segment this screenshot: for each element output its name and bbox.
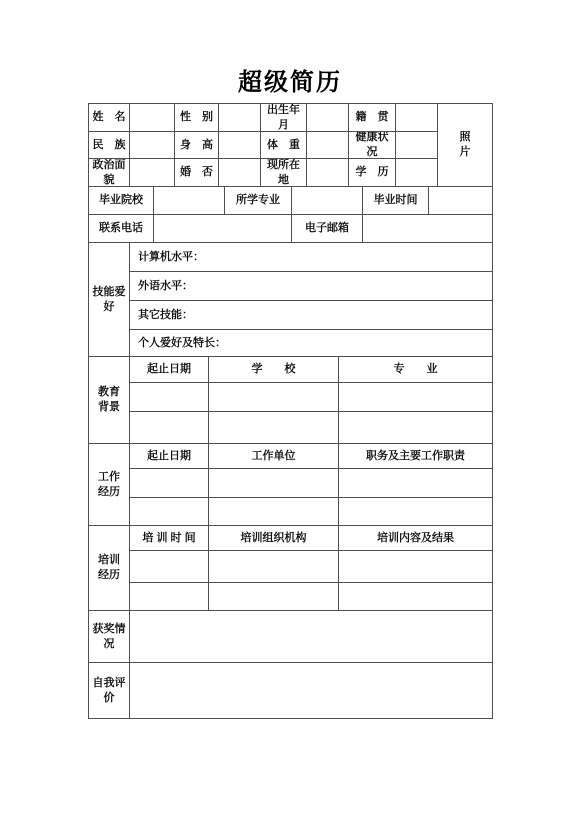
current-location-value-cell[interactable] (307, 159, 349, 187)
current-location-label: 现所在 地 (261, 159, 307, 187)
awards-content-cell[interactable] (130, 611, 493, 663)
training-section-label: 培训 经历 (89, 526, 130, 611)
work-section: 工作 经历 起止日期 工作单位 职务及主要工作职责 (89, 444, 493, 526)
work-row1-duties-cell[interactable] (339, 469, 493, 498)
resume-page: 超级简历 照 片 姓 名 性 别 出生年 月 籍 贯 民 族 身 高 体 重 健… (0, 0, 580, 820)
work-row1-employer-cell[interactable] (209, 469, 339, 498)
skills-section-label: 技能爱 好 (89, 243, 130, 357)
edu-row1-school-cell[interactable] (209, 383, 339, 412)
training-row1-time-cell[interactable] (130, 551, 209, 583)
resume-table: 照 片 姓 名 性 别 出生年 月 籍 贯 民 族 身 高 体 重 健康状 况 … (88, 103, 493, 719)
training-section: 培训 经历 培 训 时 间 培训组织机构 培训内容及结果 (89, 526, 493, 611)
native-place-value-cell[interactable] (396, 104, 438, 132)
training-content-header: 培训内容及结果 (339, 526, 493, 551)
self-evaluation-content-cell[interactable] (130, 663, 493, 719)
graduation-time-label: 毕业时间 (363, 187, 429, 215)
education-section-label: 教育 背景 (89, 357, 130, 444)
health-label: 健康状 况 (349, 132, 396, 159)
edu-row1-major-cell[interactable] (339, 383, 493, 412)
work-row2-duties-cell[interactable] (339, 498, 493, 526)
work-row1-date-cell[interactable] (130, 469, 209, 498)
political-status-label: 政治面 貌 (89, 159, 130, 187)
health-value-cell[interactable] (396, 132, 438, 159)
name-label: 姓 名 (89, 104, 130, 132)
work-duties-header: 职务及主要工作职责 (339, 444, 493, 469)
birth-date-value-cell[interactable] (307, 104, 349, 132)
computer-skill-cell[interactable]: 计算机水平： (130, 243, 493, 272)
edu-major-header: 专 业 (339, 357, 493, 383)
email-label: 电子邮箱 (292, 215, 363, 243)
email-value-cell[interactable] (363, 215, 493, 243)
self-evaluation-section: 自我评 价 (89, 663, 493, 719)
other-skills-cell[interactable]: 其它技能： (130, 301, 493, 330)
work-row2-date-cell[interactable] (130, 498, 209, 526)
ethnicity-value-cell[interactable] (130, 132, 175, 159)
marital-status-label: 婚 否 (175, 159, 219, 187)
personal-info-section: 照 片 姓 名 性 别 出生年 月 籍 贯 民 族 身 高 体 重 健康状 况 … (89, 104, 493, 187)
political-status-value-cell[interactable] (130, 159, 175, 187)
major-studied-value-cell[interactable] (292, 187, 363, 215)
training-row1-content-cell[interactable] (339, 551, 493, 583)
phone-value-cell[interactable] (154, 215, 292, 243)
contact-row: 联系电话 电子邮箱 (89, 215, 493, 243)
birth-date-label: 出生年 月 (261, 104, 307, 132)
work-row2-employer-cell[interactable] (209, 498, 339, 526)
ethnicity-label: 民 族 (89, 132, 130, 159)
graduate-school-label: 毕业院校 (89, 187, 154, 215)
document-title: 超级简历 (0, 62, 580, 97)
weight-value-cell[interactable] (307, 132, 349, 159)
foreign-language-skill-cell[interactable]: 外语水平： (130, 272, 493, 301)
name-value-cell[interactable] (130, 104, 175, 132)
skills-section: 技能爱 好 计算机水平： 外语水平： 其它技能： 个人爱好及特长： (89, 243, 493, 357)
training-row2-organization-cell[interactable] (209, 583, 339, 611)
training-time-header: 培 训 时 间 (130, 526, 209, 551)
gender-label: 性 别 (175, 104, 219, 132)
training-row1-organization-cell[interactable] (209, 551, 339, 583)
work-section-label: 工作 经历 (89, 444, 130, 526)
training-row2-time-cell[interactable] (130, 583, 209, 611)
work-employer-header: 工作单位 (209, 444, 339, 469)
marital-status-value-cell[interactable] (219, 159, 261, 187)
native-place-label: 籍 贯 (349, 104, 396, 132)
edu-row2-date-cell[interactable] (130, 412, 209, 444)
edu-date-header: 起止日期 (130, 357, 209, 383)
major-studied-label: 所学专业 (225, 187, 292, 215)
work-date-header: 起止日期 (130, 444, 209, 469)
hobbies-cell[interactable]: 个人爱好及特长： (130, 330, 493, 357)
graduate-school-value-cell[interactable] (154, 187, 225, 215)
height-label: 身 高 (175, 132, 219, 159)
education-section: 教育 背景 起止日期 学 校 专 业 (89, 357, 493, 444)
height-value-cell[interactable] (219, 132, 261, 159)
graduation-row: 毕业院校 所学专业 毕业时间 (89, 187, 493, 215)
photo-placeholder-cell[interactable]: 照 片 (438, 104, 493, 187)
weight-label: 体 重 (261, 132, 307, 159)
education-level-value-cell[interactable] (396, 159, 438, 187)
gender-value-cell[interactable] (219, 104, 261, 132)
edu-school-header: 学 校 (209, 357, 339, 383)
training-row2-content-cell[interactable] (339, 583, 493, 611)
awards-section-label: 获奖情 况 (89, 611, 130, 663)
self-evaluation-section-label: 自我评 价 (89, 663, 130, 719)
awards-section: 获奖情 况 (89, 611, 493, 663)
edu-row2-school-cell[interactable] (209, 412, 339, 444)
training-organization-header: 培训组织机构 (209, 526, 339, 551)
phone-label: 联系电话 (89, 215, 154, 243)
education-level-label: 学 历 (349, 159, 396, 187)
edu-row2-major-cell[interactable] (339, 412, 493, 444)
graduation-time-value-cell[interactable] (429, 187, 493, 215)
edu-row1-date-cell[interactable] (130, 383, 209, 412)
